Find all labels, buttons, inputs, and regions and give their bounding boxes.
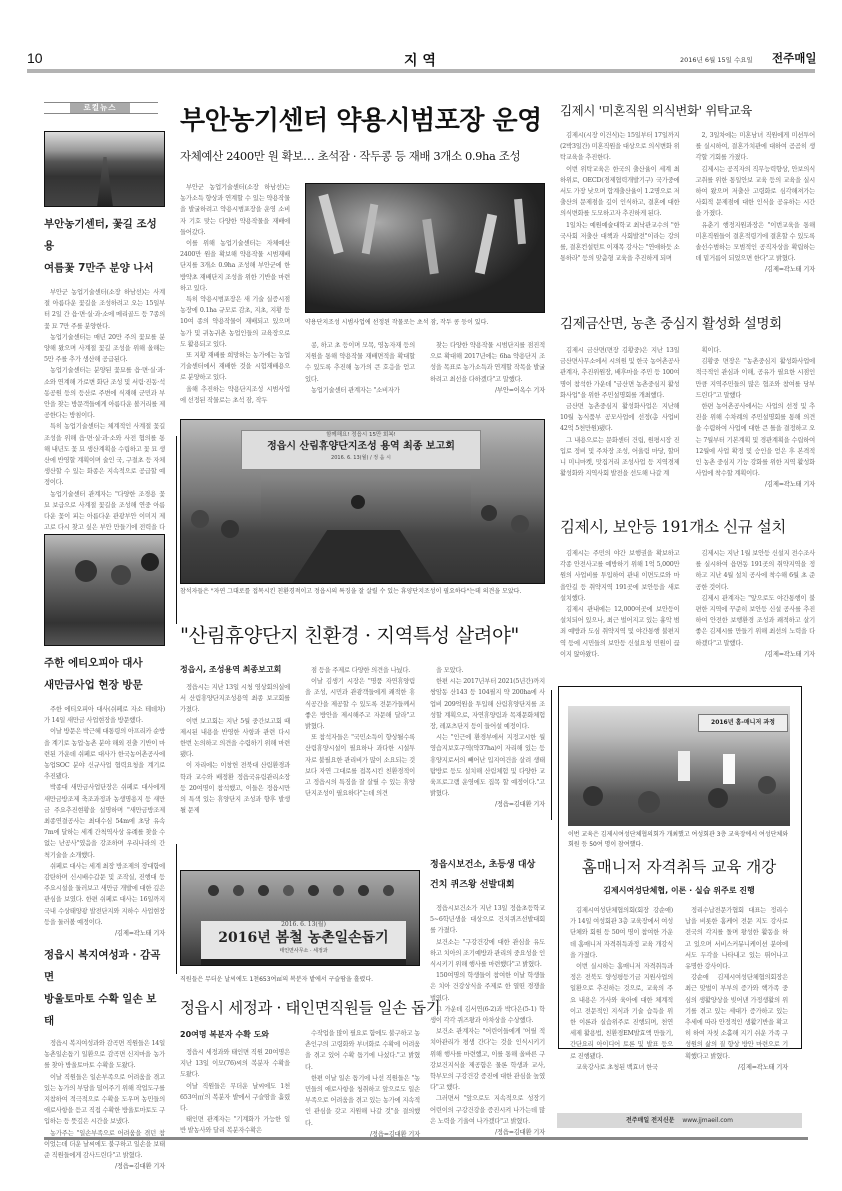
footer-slogan: 전주매일 전지신문 — [626, 1117, 674, 1124]
farm-help-banner: 2016. 6. 13(월) 2016년 봄철 농촌일손돕기 태인면사무소 · … — [201, 921, 406, 959]
farm-help-photo: 2016. 6. 13(월) 2016년 봄철 농촌일손돕기 태인면사무소 · … — [180, 870, 420, 966]
header-rule-full — [27, 69, 815, 73]
column-divider — [176, 844, 177, 974]
section-title: 지 역 — [380, 50, 460, 70]
local-news-label-text: 로컬뉴스 — [70, 103, 130, 113]
sidebar-article-3-title-1: 정읍시 복지여성과 · 감곡면 — [44, 944, 165, 988]
farm-help-caption: 직원들은 무더운 날씨에도 1천653여㎡의 복분자 밭에서 구슬땀을 흘렸다. — [180, 975, 440, 985]
sidebar-article-1-title-1: 부안농기센터, 꽃길 조성용 — [44, 213, 165, 257]
main-headline: 부안농기센터 약용시범포장 운영 — [180, 100, 555, 137]
home-manager-caption: 이번 교육은 김제시여성단체협의회가 개최했고 여성회관 3층 교육장에서 여성… — [568, 830, 790, 850]
greenhouse-photo — [44, 131, 165, 207]
byline: /김제=곽노태 기자 — [44, 928, 165, 939]
page-number: 10 — [27, 50, 43, 66]
byline: /김제=곽노태 기자 — [696, 479, 816, 490]
bottom-rule — [44, 1137, 808, 1140]
paper-name: 전주매일 — [772, 50, 816, 66]
byline: /김제=곽노태 기자 — [685, 1062, 788, 1073]
sidebar-article-3-body: 정읍시 복지여성과와 감곡면 직원들은 14일 농촌일손돕기 일환으로 감곡면 … — [44, 1038, 165, 1172]
column-divider — [551, 690, 552, 820]
banner-title-text: 정읍시 산림휴양단지조성 용역 최종 보고회 — [242, 440, 480, 454]
main-article-col-1: 부안군 농업기술센터(소장 하남선)는 농가소득 향상과 연계할 수 있는 약용… — [180, 182, 290, 406]
sidebar-article-2: 주한 에티오피아 대사 새만금사업 현장 방문 주한 에티오피아 대사(쉬페로 … — [44, 652, 165, 939]
forest-headline: "산림휴양단지 친환경 · 지역특성 살려야" — [180, 620, 545, 648]
sidebar-article-2-body: 주한 에티오피아 대사(쉬페로 자소 테데차)가 14일 새만금 사업현장을 방… — [44, 704, 165, 939]
forest-report-caption: 참석자들은 "자연 그대로를 접목시킨 친환경적이고 정읍시의 특징을 잘 살릴… — [180, 587, 545, 597]
byline: /정읍=김대환 기자 — [430, 799, 545, 810]
footer-url[interactable]: www.jjmaeil.com — [682, 1117, 733, 1124]
sidebar-article-3-title-2: 방울토마토 수확 일손 보태 — [44, 988, 165, 1032]
forest-subhead: 정읍시, 조성용역 최종보고회 — [180, 663, 290, 677]
gimje-edu-headline: 김제시 '미혼직원 의식변화' 위탁교육 — [560, 101, 820, 119]
home-manager-photo: 2016년 홈-매니저 과정 — [568, 706, 790, 826]
medicinal-crops-caption: 약용단지조성 시범사업에 선정된 작물로는 초석 잠, 작두 콩 등이 있다. — [305, 318, 545, 328]
home-manager-banner: 2016년 홈-매니저 과정 — [698, 714, 788, 732]
security-lights-headline: 김제시, 보안등 191개소 신규 설치 — [560, 515, 820, 537]
local-news-label: 로컬뉴스 — [44, 102, 158, 114]
column-divider — [176, 436, 177, 624]
farm-banner-date: 2016. 6. 13(월) — [201, 921, 406, 929]
farm-banner-org: 태인면사무소 · 세정과 — [201, 947, 406, 955]
farm-help-headline: 정읍시 세정과 · 태인면직원들 일손 돕기 — [180, 996, 420, 1018]
dental-quiz-title-1: 정읍시보건소, 초등생 대상 — [430, 855, 545, 875]
forest-report-photo: 함께해요! 정읍시 15만 회복! 정읍시 산림휴양단지조성 용역 최종 보고회… — [180, 419, 545, 584]
home-manager-headline: 홈매니저 자격취득 교육 개강 — [568, 855, 790, 877]
footer-band: 전주매일 전지신문 www.jjmaeil.com — [557, 1113, 802, 1128]
gimje-edu-body: 김제시(시장 이건식)는 15일부터 17일까지 (2박3일간) 미혼직원을 대… — [560, 130, 815, 276]
security-lights-body: 김제시는 주민의 야간 보행권을 확보하고 각종 안전사고를 예방하기 위해 1… — [560, 548, 815, 660]
home-manager-subhead: 김제시여성단체협, 이론 · 실습 위주로 진행 — [568, 885, 790, 896]
byline: /김제=곽노태 기자 — [696, 649, 816, 660]
byline: /김제=곽노태 기자 — [696, 264, 816, 275]
geumsan-headline: 김제금산면, 농촌 중심지 활성화 설명회 — [560, 312, 820, 332]
byline: /정읍=김대환 기자 — [44, 1161, 165, 1172]
medicinal-crops-photo — [305, 183, 545, 313]
forest-article-col-2: 점 등을 주제로 다양한 의견을 나눴다. 이날 김생기 시장은 "명품 자연휴… — [305, 665, 415, 799]
forest-article-col-3: 을 모았다. 한편 시는 2017년부터 2021(5년간)까지 쌍암동 산14… — [430, 665, 545, 811]
farm-help-col-1: 20여명 복분자 수확 도와 정읍시 세정과와 태인면 직원 20여명은 지난 … — [180, 1028, 290, 1137]
sidebar-article-1-title-2: 여름꽃 7만주 분양 나서 — [44, 257, 165, 279]
dental-quiz-article: 정읍시보건소, 초등생 대상 건치 퀴즈왕 선발대회 정읍시보건소가 지난 13… — [430, 855, 545, 1138]
dental-quiz-title-2: 건치 퀴즈왕 선발대회 — [430, 875, 545, 895]
sidebar-article-2-title-1: 주한 에티오피아 대사 — [44, 652, 165, 674]
home-manager-body: 김제시여성단체협의회(회장 강순애)가 14일 여성회관 3층 교육장에서 여성… — [570, 905, 788, 1073]
farm-help-col-2: 수작업을 많이 필요로 함에도 불구하고 농촌인구의 고령화와 부녀화로 수확에… — [305, 1028, 420, 1140]
farm-banner-title: 2016년 봄철 농촌일손돕기 — [201, 929, 406, 947]
sidebar-article-2-title-2: 새만금사업 현장 방문 — [44, 674, 165, 696]
ambassador-photo — [44, 534, 165, 646]
farm-help-subhead: 20여명 복분자 수확 도와 — [180, 1028, 290, 1042]
geumsan-body: 김제시 금산면(면장 김황중)은 지난 13일 금산면사무소에서 시의원 및 한… — [560, 345, 815, 491]
conference-banner: 함께해요! 정읍시 15만 회복! 정읍시 산림휴양단지조성 용역 최종 보고회… — [241, 430, 481, 470]
sidebar-article-1: 부안농기센터, 꽃길 조성용 여름꽃 7만주 분양 나서 부안군 농업기술센터(… — [44, 213, 165, 556]
sidebar-article-1-body: 부안군 농업기술센터(소장 하남선)는 사계절 아름다운 꽃길을 조성하려고 오… — [44, 287, 165, 556]
forest-article-col-1: 정읍시, 조성용역 최종보고회 정읍시는 지난 13일 시청 영상회의실에서 산… — [180, 663, 290, 816]
byline: /부안=이옥수 기자 — [430, 385, 545, 396]
main-article-col-3: 찾는 다양한 약용작물 시범단지를 점진적으로 확대해 2017년에는 6ha … — [430, 340, 545, 396]
banner-top-text: 함께해요! 정읍시 15만 회복! — [242, 431, 480, 440]
main-subheadline: 자체예산 2400만 원 확보… 초석잠 · 작두콩 등 재배 3개소 0.9h… — [180, 148, 555, 164]
issue-date: 2016년 6월 15일 수요일 — [680, 55, 753, 64]
main-article-col-2: 콩, 하고 초 등이며 모목, 영농자재 등의 지원을 통해 약용작물 재배면적… — [305, 340, 415, 396]
banner-date-text: 2016. 6. 13(월) / 정 읍 시 — [242, 454, 480, 462]
